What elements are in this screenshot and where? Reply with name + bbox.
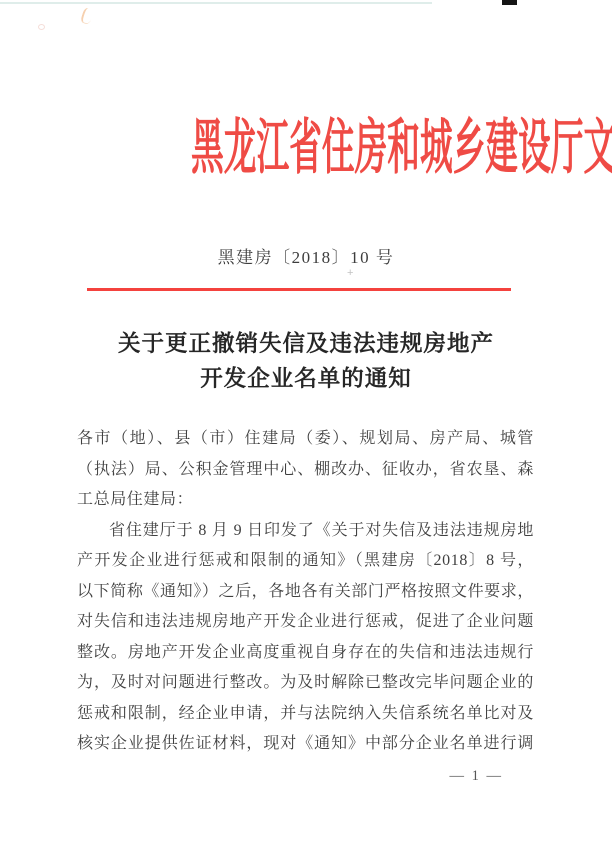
document-body: 各市（地）、县（市）住建局（委）、规划局、房产局、城管 （执法）局、公积金管理中… (77, 424, 534, 760)
letterhead-org-title-text: 黑龙江省住房和城乡建设厅文件 (191, 116, 612, 180)
scan-edge-line (0, 2, 432, 4)
body-line: 为，及时对问题进行整改。为及时解除已整改完毕问题企业的 (77, 668, 534, 699)
body-line: 以下简称《通知》）之后，各地各有关部门严格按照文件要求， (77, 577, 534, 608)
letterhead-org-title: 黑龙江省住房和城乡建设厅文件 (0, 116, 612, 180)
registration-cross-mark: + (347, 268, 353, 279)
body-line: （执法）局、公积金管理中心、棚改办、征收办，省农垦、森 (77, 455, 534, 486)
body-line: 核实企业提供佐证材料，现对《通知》中部分企业名单进行调 (77, 729, 534, 760)
body-line: 工总局住建局： (77, 485, 534, 516)
letterhead-red-rule (87, 288, 511, 291)
document-title-line-1: 关于更正撤销失信及违法违规房地产 (0, 326, 612, 361)
scan-corner-mark (502, 0, 517, 5)
document-number: 黑建房〔2018〕10 号 (0, 243, 612, 268)
body-line: 整改。房地产开发企业高度重视自身存在的失信和违法违规行 (77, 638, 534, 669)
body-line: 对失信和违法违规房地产开发企业进行惩戒，促进了企业问题 (77, 607, 534, 638)
body-line: 惩戒和限制，经企业申请，并与法院纳入失信系统名单比对及 (77, 699, 534, 730)
body-line: 各市（地）、县（市）住建局（委）、规划局、房产局、城管 (77, 424, 534, 455)
red-scribble-mark-1 (80, 7, 94, 25)
red-scribble-mark-2 (38, 24, 45, 30)
document-page: + 黑龙江省住房和城乡建设厅文件 黑建房〔2018〕10 号 关于更正撤销失信及… (0, 0, 612, 841)
body-line: 省住建厅于 8 月 9 日印发了《关于对失信及违法违规房地 (77, 516, 534, 547)
document-title-line-2: 开发企业名单的通知 (0, 361, 612, 396)
body-line: 产开发企业进行惩戒和限制的通知》（黑建房〔2018〕8 号， (77, 546, 534, 577)
document-title: 关于更正撤销失信及违法违规房地产 开发企业名单的通知 (0, 326, 612, 396)
page-number: — 1 — (450, 768, 504, 785)
